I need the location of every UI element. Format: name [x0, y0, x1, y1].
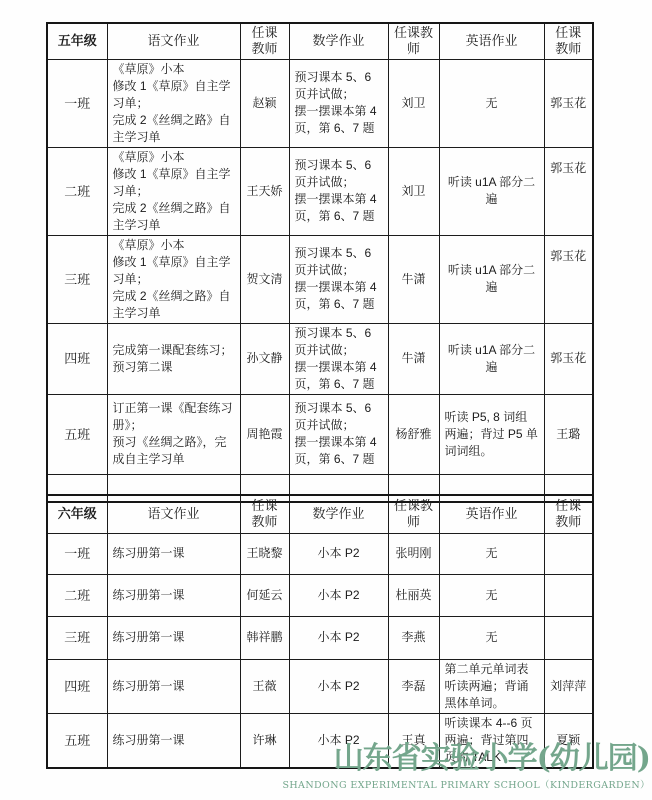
math-homework: 预习课本 5、6 页并试做； 摆一摆课本第 4 页，第 6、7 题: [289, 59, 388, 147]
class-label: 五班: [47, 394, 107, 474]
class-label: 一班: [47, 59, 107, 147]
math-homework: 预习课本 5、6 页并试做； 摆一摆课本第 4 页，第 6、7 题: [289, 235, 388, 323]
english-homework: 无: [439, 616, 544, 659]
grade5-row-class1: 一班 《草原》小本 修改 1《草原》自主学习单； 完成 2《丝绸之路》自主学习单…: [47, 59, 593, 147]
math-teacher: 杜丽英: [388, 574, 439, 616]
math-teacher: 刘卫: [388, 59, 439, 147]
class-label: 三班: [47, 235, 107, 323]
chinese-homework: 练习册第一课: [107, 616, 240, 659]
english-homework: 无: [439, 533, 544, 574]
english-teacher: 郭玉花: [544, 59, 593, 147]
grade5-row-class3: 三班 《草原》小本 修改 1《草原》自主学习单； 完成 2《丝绸之路》自主学习单…: [47, 235, 593, 323]
grade5-header-english: 英语作业: [439, 23, 544, 59]
grade6-header-chinese: 语文作业: [107, 495, 240, 533]
school-seal: 山东省实验小学(幼儿园) SHANDONG EXPERIMENTAL PRIMA…: [282, 742, 650, 791]
grade5-header-teacher2: 任课教师: [388, 23, 439, 59]
chinese-teacher: 王天娇: [240, 147, 289, 235]
grade6-title: 六年级: [47, 495, 107, 533]
grade6-homework-table: 六年级 语文作业 任课教师 数学作业 任课教师 英语作业 任课教师 一班 练习册…: [46, 494, 594, 769]
english-homework: 无: [439, 574, 544, 616]
grade6-header-math: 数学作业: [289, 495, 388, 533]
grade6-row-class3: 三班 练习册第一课 韩祥鹏 小本 P2 李燕 无: [47, 616, 593, 659]
chinese-teacher: 贺文清: [240, 235, 289, 323]
chinese-homework: 《草原》小本 修改 1《草原》自主学习单； 完成 2《丝绸之路》自主学习单: [107, 147, 240, 235]
chinese-teacher: 王晓黎: [240, 533, 289, 574]
grade5-header-chinese: 语文作业: [107, 23, 240, 59]
math-homework: 预习课本 5、6 页并试做； 摆一摆课本第 4 页，第 6、7 题: [289, 147, 388, 235]
chinese-teacher: 周艳霞: [240, 394, 289, 474]
grade5-row-class4: 四班 完成第一课配套练习； 预习第二课 孙文静 预习课本 5、6 页并试做； 摆…: [47, 323, 593, 394]
english-homework: 第二单元单词表听读两遍；背诵黑体单词。: [439, 659, 544, 713]
chinese-homework: 订正第一课《配套练习册》； 预习《丝绸之路》，完成自主学习单: [107, 394, 240, 474]
english-teacher: [544, 616, 593, 659]
grade6-header-teacher3: 任课教师: [544, 495, 593, 533]
grade5-header-math: 数学作业: [289, 23, 388, 59]
math-homework: 预习课本 5、6 页并试做； 摆一摆课本第 4 页，第 6、7 题: [289, 394, 388, 474]
grade6-row-class4: 四班 练习册第一课 王薇 小本 P2 李磊 第二单元单词表听读两遍；背诵黑体单词…: [47, 659, 593, 713]
class-label: 二班: [47, 574, 107, 616]
math-teacher: 刘卫: [388, 147, 439, 235]
grade5-header-row: 五年级 语文作业 任课教师 数学作业 任课教师 英语作业 任课教师: [47, 23, 593, 59]
chinese-homework: 练习册第一课: [107, 533, 240, 574]
grade6-row-class1: 一班 练习册第一课 王晓黎 小本 P2 张明刚 无: [47, 533, 593, 574]
math-teacher: 张明刚: [388, 533, 439, 574]
grade5-header-teacher3: 任课教师: [544, 23, 593, 59]
grade5-row-class5: 五班 订正第一课《配套练习册》； 预习《丝绸之路》，完成自主学习单 周艳霞 预习…: [47, 394, 593, 474]
english-homework: 听读 u1A 部分二遍: [439, 235, 544, 323]
grade5-row-class2: 二班 《草原》小本 修改 1《草原》自主学习单； 完成 2《丝绸之路》自主学习单…: [47, 147, 593, 235]
grade6-header-row: 六年级 语文作业 任课教师 数学作业 任课教师 英语作业 任课教师: [47, 495, 593, 533]
english-homework: 听读 P5, 8 词组两遍；背过 P5 单词词组。: [439, 394, 544, 474]
class-label: 二班: [47, 147, 107, 235]
math-teacher: 牛潇: [388, 323, 439, 394]
chinese-homework: 练习册第一课: [107, 574, 240, 616]
chinese-homework: 练习册第一课: [107, 713, 240, 768]
school-name-chinese: 山东省实验小学(幼儿园): [282, 742, 650, 776]
english-teacher: 郭玉花: [544, 235, 593, 323]
class-label: 一班: [47, 533, 107, 574]
math-homework: 小本 P2: [289, 533, 388, 574]
math-teacher: 李磊: [388, 659, 439, 713]
chinese-homework: 《草原》小本 修改 1《草原》自主学习单； 完成 2《丝绸之路》自主学习单: [107, 59, 240, 147]
chinese-homework: 练习册第一课: [107, 659, 240, 713]
english-homework: 无: [439, 59, 544, 147]
math-teacher: 牛潇: [388, 235, 439, 323]
math-homework: 预习课本 5、6 页并试做； 摆一摆课本第 4 页，第 6、7 题: [289, 323, 388, 394]
math-teacher: 李燕: [388, 616, 439, 659]
chinese-teacher: 王薇: [240, 659, 289, 713]
english-teacher: 刘萍萍: [544, 659, 593, 713]
math-homework: 小本 P2: [289, 574, 388, 616]
english-teacher: [544, 533, 593, 574]
chinese-teacher: 孙文静: [240, 323, 289, 394]
grade6-row-class2: 二班 练习册第一课 何延云 小本 P2 杜丽英 无: [47, 574, 593, 616]
chinese-teacher: 赵颖: [240, 59, 289, 147]
english-homework: 听读 u1A 部分二遍: [439, 147, 544, 235]
english-teacher: [544, 574, 593, 616]
math-teacher: 杨舒雅: [388, 394, 439, 474]
english-homework: 听读 u1A 部分二遍: [439, 323, 544, 394]
chinese-teacher: 韩祥鹏: [240, 616, 289, 659]
class-label: 五班: [47, 713, 107, 768]
math-homework: 小本 P2: [289, 659, 388, 713]
class-label: 三班: [47, 616, 107, 659]
class-label: 四班: [47, 659, 107, 713]
chinese-teacher: 何延云: [240, 574, 289, 616]
grade6-header-teacher2: 任课教师: [388, 495, 439, 533]
grade5-homework-table: 五年级 语文作业 任课教师 数学作业 任课教师 英语作业 任课教师 一班 《草原…: [46, 22, 594, 503]
grade5-title: 五年级: [47, 23, 107, 59]
school-name-english: SHANDONG EXPERIMENTAL PRIMARY SCHOOL（KIN…: [282, 777, 650, 791]
class-label: 四班: [47, 323, 107, 394]
math-homework: 小本 P2: [289, 616, 388, 659]
grade6-header-teacher1: 任课教师: [240, 495, 289, 533]
english-teacher: 郭玉花: [544, 323, 593, 394]
grade6-header-english: 英语作业: [439, 495, 544, 533]
chinese-homework: 《草原》小本 修改 1《草原》自主学习单； 完成 2《丝绸之路》自主学习单: [107, 235, 240, 323]
english-teacher: 王璐: [544, 394, 593, 474]
english-teacher: 郭玉花: [544, 147, 593, 235]
chinese-homework: 完成第一课配套练习； 预习第二课: [107, 323, 240, 394]
grade5-header-teacher1: 任课教师: [240, 23, 289, 59]
homework-sheet-page: 五年级 语文作业 任课教师 数学作业 任课教师 英语作业 任课教师 一班 《草原…: [0, 0, 652, 800]
